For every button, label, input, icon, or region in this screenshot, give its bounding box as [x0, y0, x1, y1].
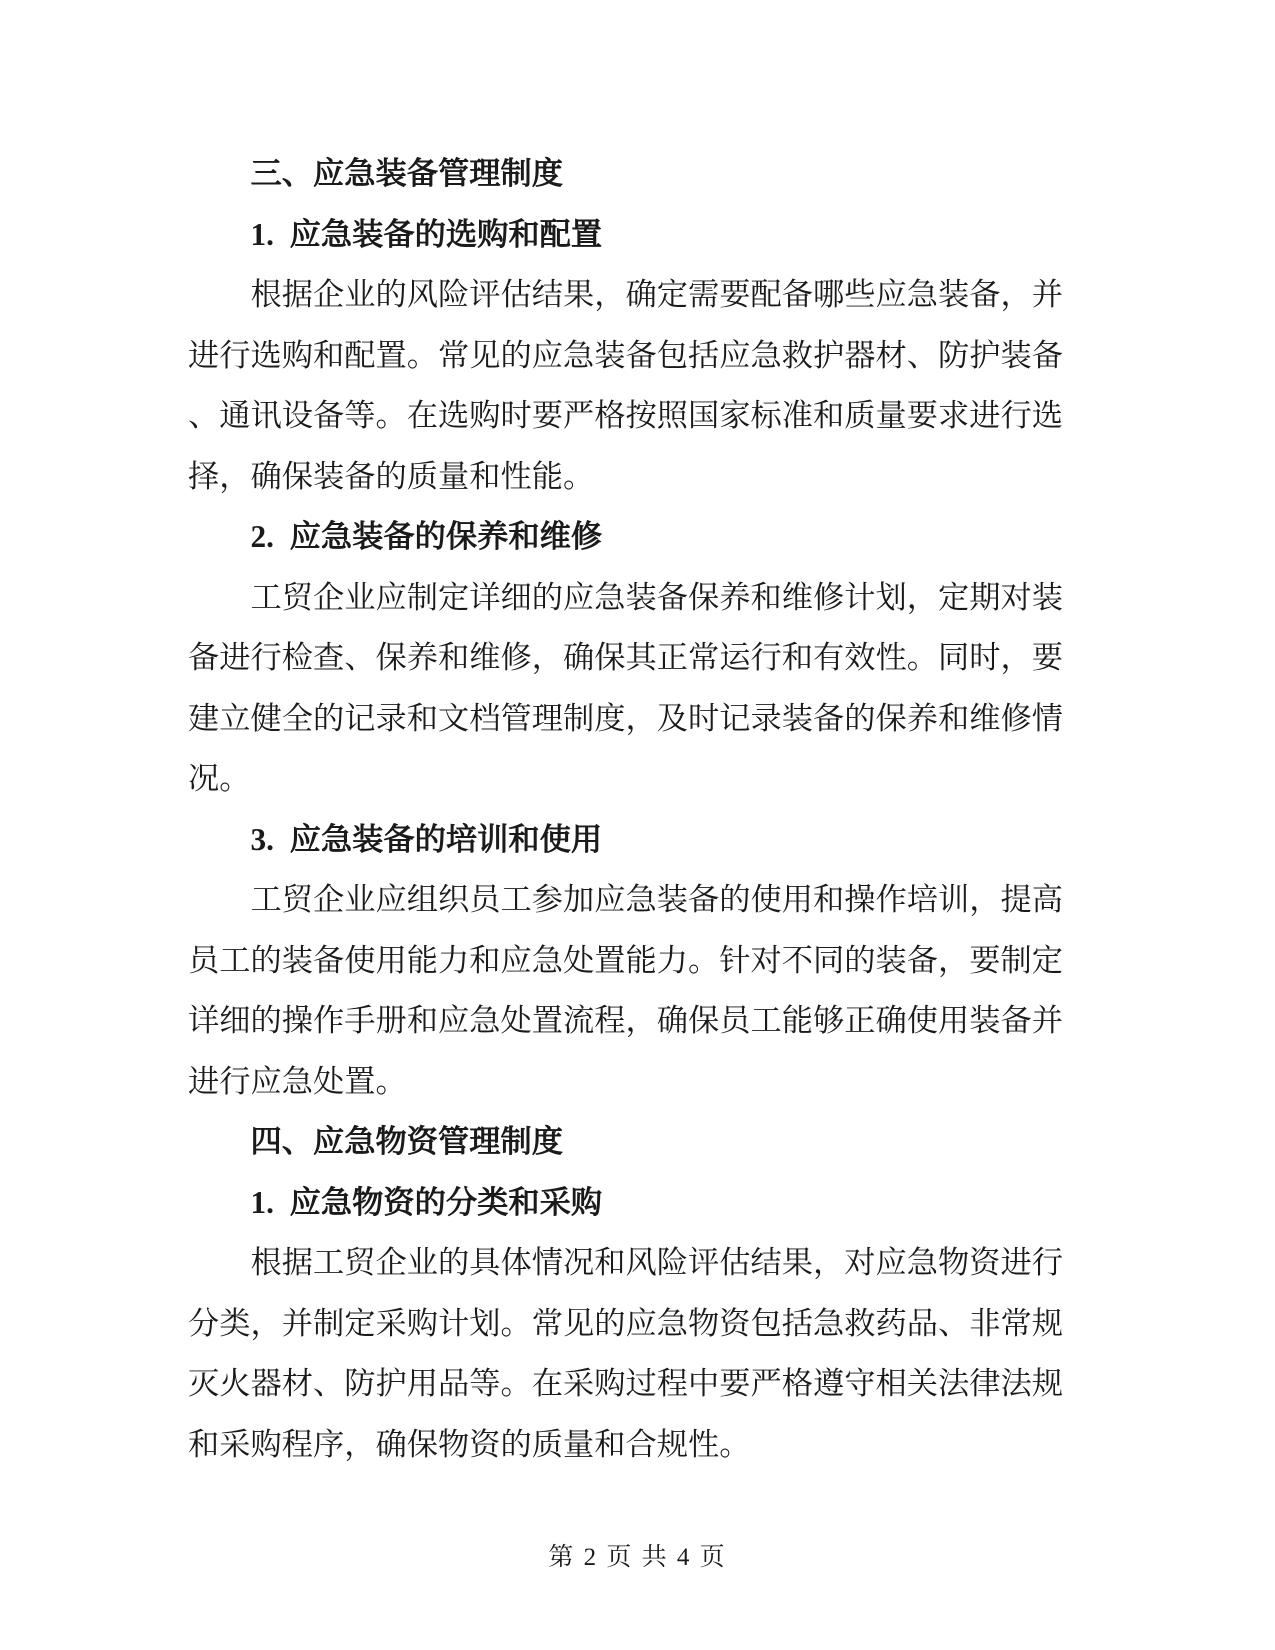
text-line: 、通讯设备等。在选购时要严格按照国家标准和质量要求进行选: [188, 386, 1063, 447]
text-line: 3. 应急装备的培训和使用: [188, 810, 1063, 871]
page-number-footer: 第 2 页 共 4 页: [0, 1541, 1275, 1575]
text-line: 备进行检查、保养和维修，确保其正常运行和有效性。同时，要: [188, 628, 1063, 689]
text-line: 建立健全的记录和文档管理制度，及时记录装备的保养和维修情: [188, 689, 1063, 750]
text-line: 员工的装备使用能力和应急处置能力。针对不同的装备，要制定: [188, 931, 1063, 992]
text-line: 2. 应急装备的保养和维修: [188, 507, 1063, 568]
text-line: 三、应急装备管理制度: [188, 144, 1063, 205]
text-line: 工贸企业应制定详细的应急装备保养和维修计划，定期对装: [188, 568, 1063, 629]
text-line: 根据工贸企业的具体情况和风险评估结果，对应急物资进行: [188, 1233, 1063, 1294]
text-line: 四、应急物资管理制度: [188, 1112, 1063, 1173]
text-line: 详细的操作手册和应急处置流程，确保员工能够正确使用装备并: [188, 991, 1063, 1052]
text-line: 和采购程序，确保物资的质量和合规性。: [188, 1415, 1063, 1476]
text-line: 择，确保装备的质量和性能。: [188, 447, 1063, 508]
document-body: 三、应急装备管理制度1. 应急装备的选购和配置根据企业的风险评估结果，确定需要配…: [188, 144, 1063, 1475]
text-line: 况。: [188, 749, 1063, 810]
text-line: 灭火器材、防护用品等。在采购过程中要严格遵守相关法律法规: [188, 1354, 1063, 1415]
text-line: 进行选购和配置。常见的应急装备包括应急救护器材、防护装备: [188, 326, 1063, 387]
text-line: 1. 应急物资的分类和采购: [188, 1173, 1063, 1234]
text-line: 进行应急处置。: [188, 1052, 1063, 1113]
text-line: 工贸企业应组织员工参加应急装备的使用和操作培训，提高: [188, 870, 1063, 931]
text-line: 根据企业的风险评估结果，确定需要配备哪些应急装备，并: [188, 265, 1063, 326]
text-line: 分类，并制定采购计划。常见的应急物资包括急救药品、非常规: [188, 1294, 1063, 1355]
text-line: 1. 应急装备的选购和配置: [188, 205, 1063, 266]
document-page: 三、应急装备管理制度1. 应急装备的选购和配置根据企业的风险评估结果，确定需要配…: [0, 0, 1275, 1650]
